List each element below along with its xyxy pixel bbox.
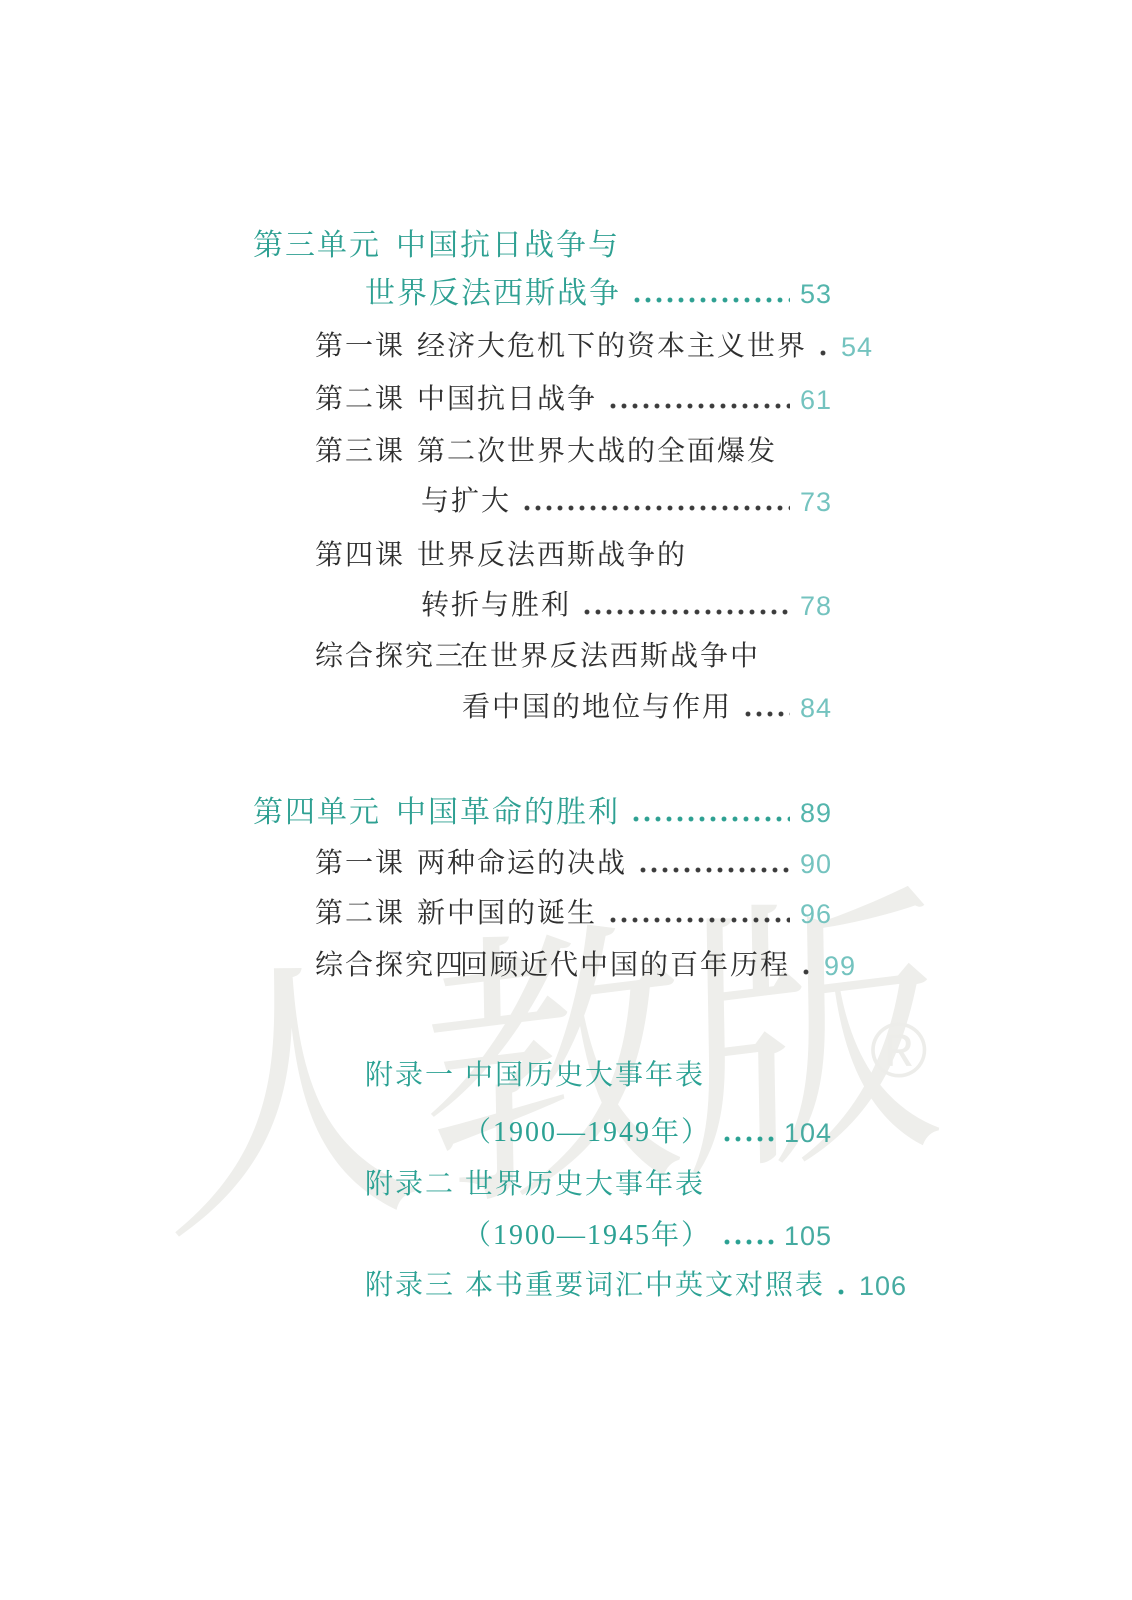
lesson-title: 新中国的诞生: [417, 893, 597, 935]
toc-row-appendix1-cont: （1900—1949年） 104: [463, 1112, 832, 1154]
dot-leader: [819, 349, 831, 357]
page-number: 105: [784, 1215, 832, 1257]
dot-leader: [523, 504, 790, 512]
appendix-title: 世界历史大事年表: [465, 1164, 705, 1206]
toc-row-lesson2: 第二课 中国抗日战争 61: [315, 379, 832, 421]
appendix-label: 附录三: [365, 1265, 465, 1307]
page-number: 104: [784, 1112, 832, 1154]
toc-row-unit4-title: 第四单元 中国革命的胜利 89: [253, 792, 832, 834]
lesson-label: 第三课: [315, 431, 417, 473]
page-number: 89: [800, 792, 832, 834]
lesson-title: 两种命运的决战: [417, 843, 627, 885]
dot-leader: [723, 1238, 774, 1246]
toc-row-inquiry3: 综合探究三 在世界反法西斯战争中: [315, 636, 832, 678]
lesson-title: 经济大危机下的资本主义世界: [417, 326, 807, 368]
registered-trademark-icon: ®: [870, 1005, 927, 1096]
toc-row-unit3-title2: 世界反法西斯战争 53: [365, 273, 832, 315]
dot-leader: [609, 916, 790, 924]
lesson-title-continuation: 转折与胜利: [421, 585, 571, 627]
dot-leader: [583, 608, 790, 616]
dot-leader: [633, 296, 790, 304]
toc-row-u4-lesson2: 第二课 新中国的诞生 96: [315, 893, 832, 935]
appendix-year-range: （1900—1945年）: [463, 1215, 711, 1257]
dot-leader: [837, 1288, 849, 1296]
appendix-label: 附录二: [365, 1164, 465, 1206]
toc-row-lesson3-cont: 与扩大 73: [421, 481, 832, 523]
toc-row-u4-lesson1: 第一课 两种命运的决战 90: [315, 843, 832, 885]
page-number: 61: [800, 379, 832, 421]
toc-row-inquiry3-cont: 看中国的地位与作用 84: [462, 687, 832, 729]
lesson-title: 中国抗日战争: [417, 379, 597, 421]
dot-leader: [609, 402, 790, 410]
inquiry-label: 综合探究四: [315, 945, 460, 987]
page-number: 54: [841, 326, 873, 368]
inquiry-title: 回顾近代中国的百年历程: [460, 945, 790, 987]
toc-row-unit3-title: 第三单元 中国抗日战争与: [253, 225, 832, 267]
unit-label: 第三单元: [253, 225, 381, 267]
lesson-label: 第二课: [315, 893, 417, 935]
toc-row-appendix1: 附录一 中国历史大事年表: [365, 1055, 832, 1097]
appendix-label: 附录一: [365, 1055, 465, 1097]
toc-row-inquiry4: 综合探究四 回顾近代中国的百年历程 99: [315, 945, 832, 987]
lesson-label: 第一课: [315, 326, 417, 368]
dot-leader: [632, 815, 790, 823]
dot-leader: [723, 1135, 774, 1143]
page-number: 84: [800, 687, 832, 729]
appendix-year-range: （1900—1949年）: [463, 1112, 711, 1154]
inquiry-label: 综合探究三: [315, 636, 460, 678]
page-number: 73: [800, 481, 832, 523]
toc-page: 人教版 ® 第三单元 中国抗日战争与 世界反法西斯战争 53 第一课 经济大危机…: [0, 0, 1132, 1600]
lesson-title: 第二次世界大战的全面爆发: [417, 431, 777, 473]
dot-leader: [802, 968, 814, 976]
dot-leader: [744, 710, 790, 718]
unit-title-line1: 中国抗日战争与: [396, 225, 620, 267]
page-number: 106: [859, 1265, 907, 1307]
appendix-title: 中国历史大事年表: [465, 1055, 705, 1097]
inquiry-title: 在世界反法西斯战争中: [460, 636, 760, 678]
toc-row-appendix3: 附录三 本书重要词汇中英文对照表 106: [365, 1265, 832, 1307]
lesson-title: 世界反法西斯战争的: [417, 535, 687, 577]
page-number: 90: [800, 843, 832, 885]
appendix-title: 本书重要词汇中英文对照表: [465, 1265, 825, 1307]
dot-leader: [639, 866, 790, 874]
lesson-label: 第二课: [315, 379, 417, 421]
unit-label: 第四单元: [253, 792, 381, 834]
page-number: 96: [800, 893, 832, 935]
toc-row-lesson3: 第三课 第二次世界大战的全面爆发: [315, 431, 832, 473]
unit-title-line2: 世界反法西斯战争: [365, 273, 621, 315]
page-number: 99: [824, 945, 856, 987]
toc-row-lesson4: 第四课 世界反法西斯战争的: [315, 535, 832, 577]
page-number: 78: [800, 585, 832, 627]
lesson-label: 第一课: [315, 843, 417, 885]
unit-title: 中国革命的胜利: [396, 792, 620, 834]
page-number: 53: [800, 273, 832, 315]
inquiry-title-continuation: 看中国的地位与作用: [462, 687, 732, 729]
lesson-label: 第四课: [315, 535, 417, 577]
toc-row-lesson1: 第一课 经济大危机下的资本主义世界 54: [315, 326, 832, 368]
toc-row-appendix2-cont: （1900—1945年） 105: [463, 1215, 832, 1257]
toc-row-appendix2: 附录二 世界历史大事年表: [365, 1164, 832, 1206]
lesson-title-continuation: 与扩大: [421, 481, 511, 523]
toc-row-lesson4-cont: 转折与胜利 78: [421, 585, 832, 627]
